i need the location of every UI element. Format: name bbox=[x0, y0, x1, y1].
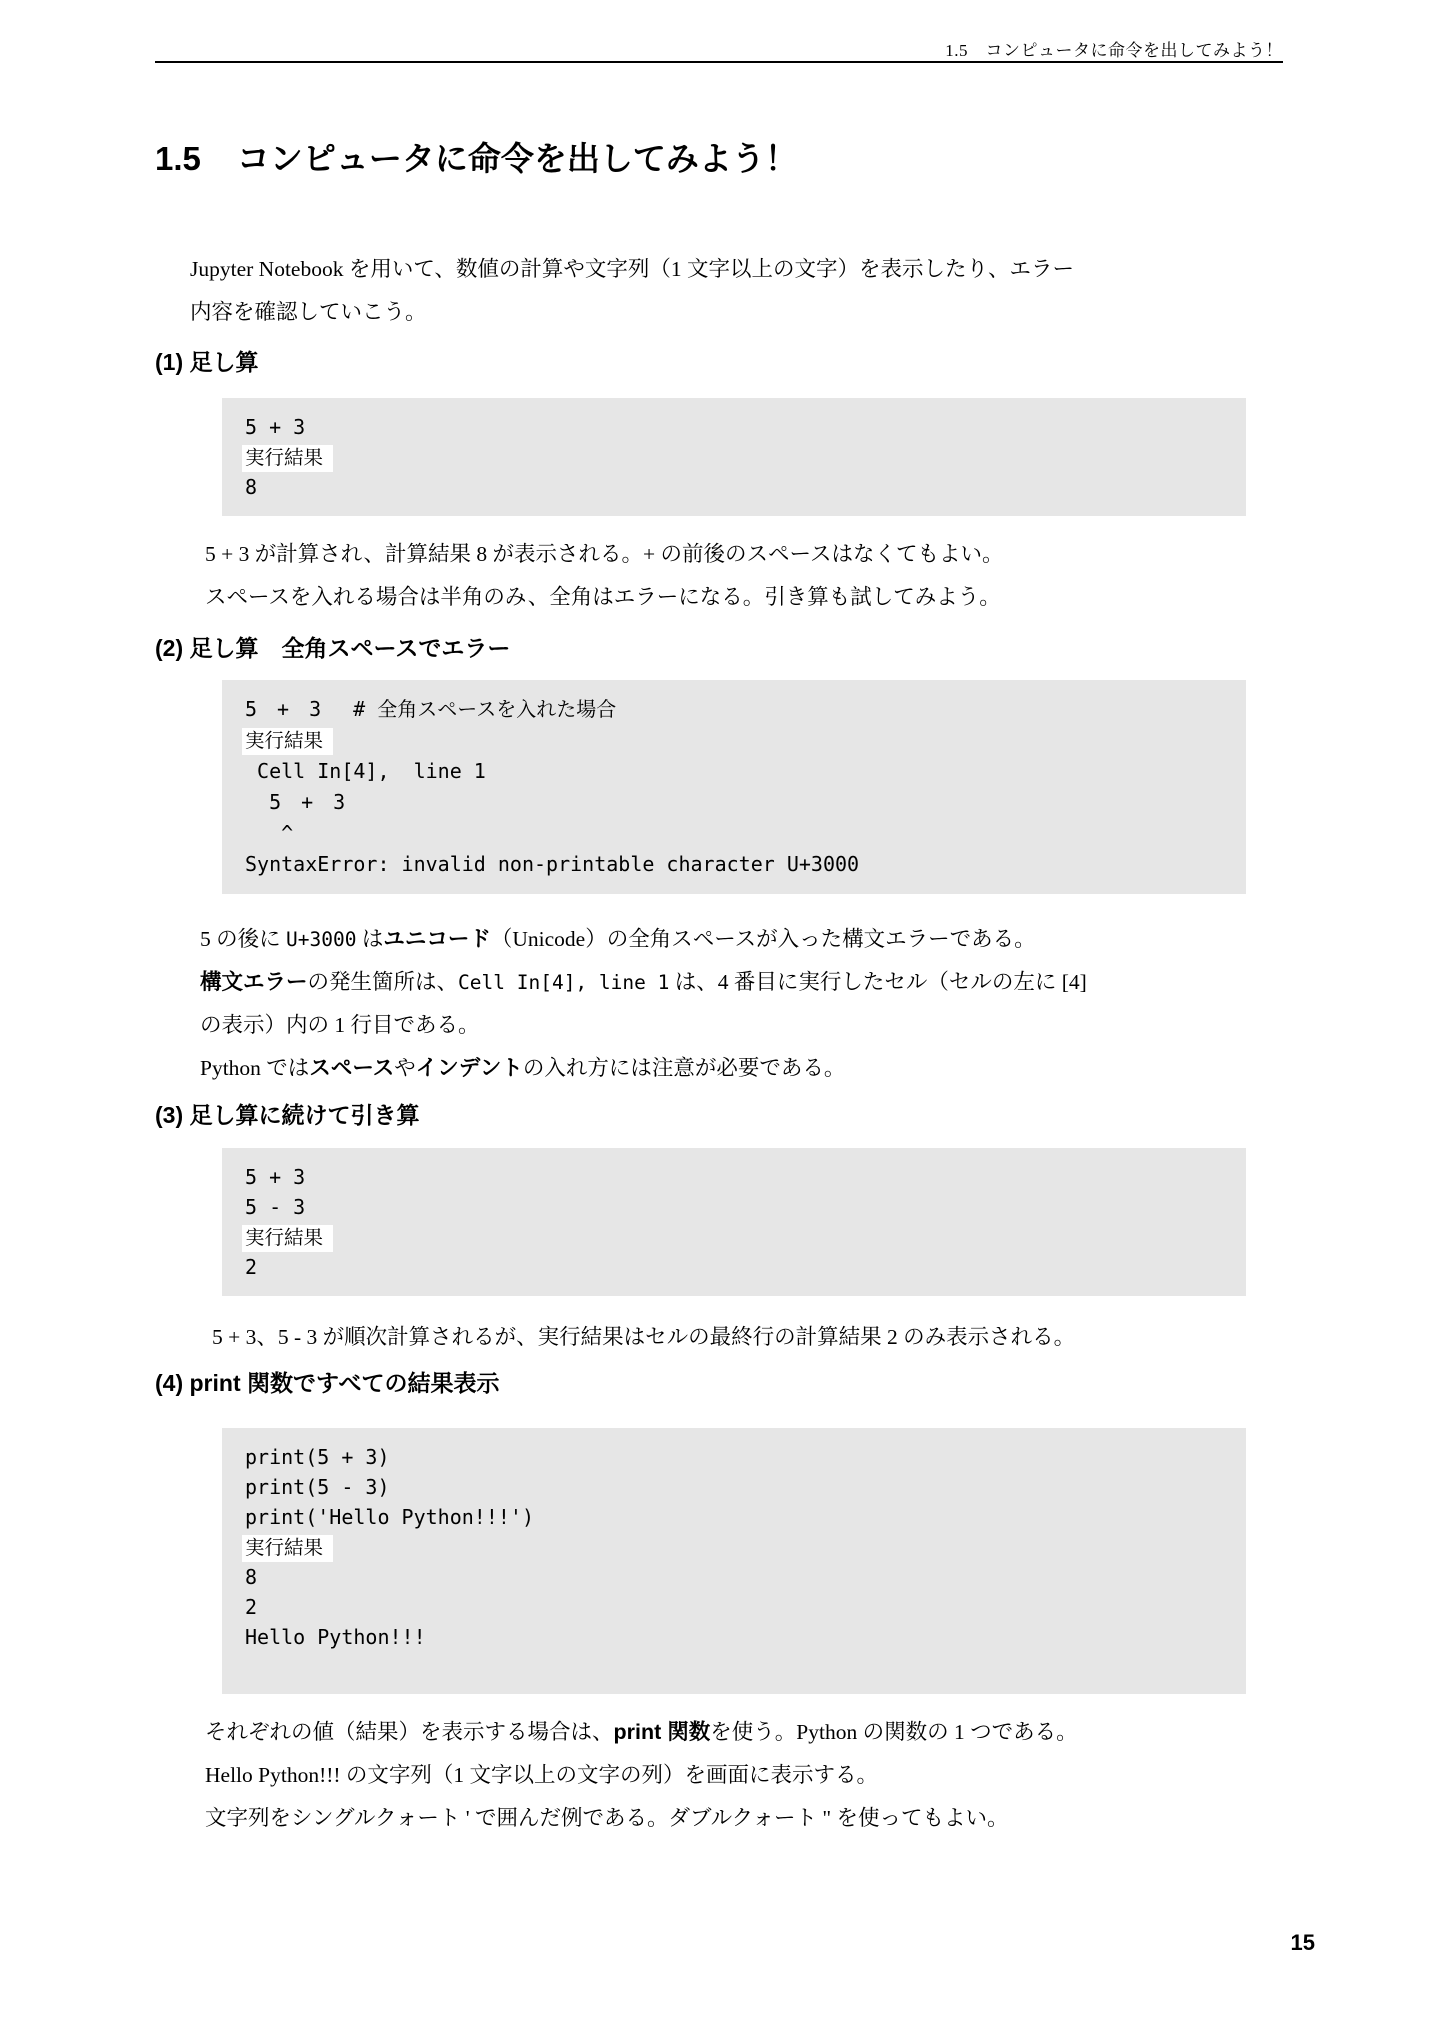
intro-line: Jupyter Notebook を用いて、数値の計算や文字列（1 文字以上の文… bbox=[190, 248, 1074, 291]
paragraph-line: 構文エラーの発生箇所は、Cell In[4], line 1 は、4 番目に実行… bbox=[200, 961, 1087, 1004]
section-title-text: コンピュータに命令を出してみよう！ bbox=[237, 140, 798, 177]
text-segment: 5 の後に bbox=[200, 927, 286, 951]
error-line: SyntaxError: invalid non-printable chara… bbox=[245, 849, 1236, 880]
paragraph-line: 5 + 3、5 - 3 が順次計算されるが、実行結果はセルの最終行の計算結果 2… bbox=[212, 1316, 1075, 1359]
code-output-line: 8 bbox=[245, 472, 1236, 502]
heading-fullwidth-space-error: (2) 足し算 全角スペースでエラー bbox=[155, 630, 510, 663]
code-block-addition: 5 + 3 実行結果 8 bbox=[222, 398, 1246, 516]
code-block-error: 5 + 3 # 全角スペースを入れた場合 実行結果 Cell In[4], li… bbox=[222, 680, 1246, 894]
text-segment: は、4 番目に実行したセル（セルの左に [4] bbox=[669, 970, 1086, 994]
page-number: 15 bbox=[155, 1930, 1315, 1956]
result-label: 実行結果 bbox=[242, 1535, 333, 1562]
code-line: 実行結果 bbox=[245, 1222, 1236, 1252]
result-label: 実行結果 bbox=[242, 1225, 333, 1252]
code-inline: U+3000 bbox=[286, 928, 356, 951]
paragraph-line: Python ではスペースやインデントの入れ方には注意が必要である。 bbox=[200, 1047, 1087, 1090]
text-segment: の入れ方には注意が必要である。 bbox=[523, 1056, 846, 1080]
emphasis-space: スペース bbox=[309, 1056, 394, 1080]
code-output-line: 8 bbox=[245, 1562, 1236, 1592]
code-output-line: Hello Python!!! bbox=[245, 1622, 1236, 1652]
code-line: 5 + 3 # 全角スペースを入れた場合 bbox=[245, 694, 1236, 725]
emphasis-unicode: ユニコード bbox=[383, 927, 491, 951]
paragraph-line: 5 の後に U+3000 はユニコード（Unicode）の全角スペースが入った構… bbox=[200, 918, 1087, 961]
code-block-subtraction: 5 + 3 5 - 3 実行結果 2 bbox=[222, 1148, 1246, 1296]
paragraph-print-explanation: それぞれの値（結果）を表示する場合は、print 関数を使う。Python の関… bbox=[205, 1711, 1078, 1840]
running-title: 1.5 コンピュータに命令を出してみよう！ bbox=[945, 41, 1283, 60]
code-line: print(5 - 3) bbox=[245, 1472, 1236, 1502]
code-line: 5 - 3 bbox=[245, 1192, 1236, 1222]
heading-print-function: (4) print 関数ですべての結果表示 bbox=[155, 1365, 500, 1398]
text-segment: それぞれの値（結果）を表示する場合は、 bbox=[205, 1720, 614, 1744]
header-rule bbox=[155, 61, 1283, 63]
paragraph-line: 文字列をシングルクォート ' で囲んだ例である。ダブルクォート " を使ってもよ… bbox=[205, 1797, 1078, 1840]
error-line: 5 + 3 bbox=[245, 787, 1236, 818]
code-line: 実行結果 bbox=[245, 442, 1236, 472]
paragraph-sequential-note: 5 + 3、5 - 3 が順次計算されるが、実行結果はセルの最終行の計算結果 2… bbox=[212, 1316, 1075, 1359]
text-segment: を使う。Python の関数の 1 つである。 bbox=[710, 1720, 1077, 1744]
text-segment: や bbox=[394, 1056, 416, 1080]
heading-addition: (1) 足し算 bbox=[155, 344, 259, 377]
paragraph-line: Hello Python!!! の文字列（1 文字以上の文字の列）を画面に表示す… bbox=[205, 1754, 1078, 1797]
code-line: print(5 + 3) bbox=[245, 1442, 1236, 1472]
paragraph-line: 5 + 3 が計算され、計算結果 8 が表示される。+ の前後のスペースはなくて… bbox=[205, 533, 1003, 576]
code-line: 実行結果 bbox=[245, 725, 1236, 756]
text-segment: は bbox=[356, 927, 383, 951]
code-output-line: 2 bbox=[245, 1592, 1236, 1622]
intro-line: 内容を確認していこう。 bbox=[190, 291, 1074, 334]
emphasis-indent: インデント bbox=[416, 1056, 523, 1080]
intro-paragraph: Jupyter Notebook を用いて、数値の計算や文字列（1 文字以上の文… bbox=[190, 248, 1074, 334]
text-segment: の発生箇所は、 bbox=[308, 970, 459, 994]
result-label: 実行結果 bbox=[242, 445, 333, 472]
section-title: 1.5コンピュータに命令を出してみよう！ bbox=[155, 133, 798, 180]
emphasis-syntax-error: 構文エラー bbox=[200, 970, 308, 994]
error-line: Cell In[4], line 1 bbox=[245, 756, 1236, 787]
paragraph-line: の表示）内の 1 行目である。 bbox=[200, 1004, 1087, 1047]
error-caret-line: ^ bbox=[245, 818, 1236, 849]
text-segment: （Unicode）の全角スペースが入った構文エラーである。 bbox=[491, 927, 1036, 951]
paragraph-error-explanation: 5 の後に U+3000 はユニコード（Unicode）の全角スペースが入った構… bbox=[200, 918, 1087, 1090]
textbook-page: 1.5 コンピュータに命令を出してみよう！ 1.5コンピュータに命令を出してみよ… bbox=[0, 0, 1433, 2024]
code-line: 実行結果 bbox=[245, 1532, 1236, 1562]
emphasis-print-function: print 関数 bbox=[614, 1720, 711, 1744]
code-inline: Cell In[4], line 1 bbox=[458, 971, 669, 994]
code-output-line: 2 bbox=[245, 1252, 1236, 1282]
code-line: 5 + 3 bbox=[245, 1162, 1236, 1192]
running-header: 1.5 コンピュータに命令を出してみよう！ bbox=[155, 36, 1283, 61]
text-segment: Python では bbox=[200, 1056, 309, 1080]
result-label: 実行結果 bbox=[242, 728, 333, 755]
code-block-print: print(5 + 3) print(5 - 3) print('Hello P… bbox=[222, 1428, 1246, 1694]
heading-add-then-subtract: (3) 足し算に続けて引き算 bbox=[155, 1097, 420, 1130]
code-line: 5 + 3 bbox=[245, 412, 1236, 442]
paragraph-line: それぞれの値（結果）を表示する場合は、print 関数を使う。Python の関… bbox=[205, 1711, 1078, 1754]
section-number: 1.5 bbox=[155, 140, 201, 177]
paragraph-line: スペースを入れる場合は半角のみ、全角はエラーになる。引き算も試してみよう。 bbox=[205, 576, 1003, 619]
paragraph-addition-note: 5 + 3 が計算され、計算結果 8 が表示される。+ の前後のスペースはなくて… bbox=[205, 533, 1003, 619]
code-line: print('Hello Python!!!') bbox=[245, 1502, 1236, 1532]
